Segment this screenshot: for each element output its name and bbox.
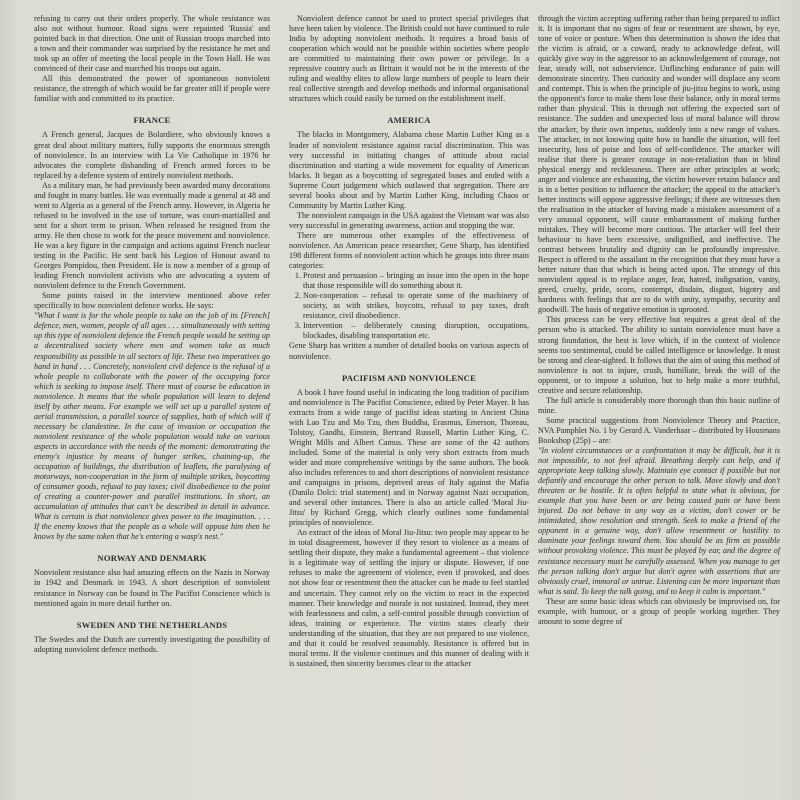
column-right: through the victim accepting suffering r…	[538, 14, 780, 627]
list-item: Protest and persuasion – bringing an iss…	[303, 271, 529, 291]
paragraph: As a military man, he had previously bee…	[34, 181, 270, 292]
paragraph: Nonviolent resistance also had amazing e…	[34, 568, 270, 608]
paragraph: The nonviolent campaign in the USA again…	[289, 211, 529, 231]
paragraph: refusing to carry out their orders prope…	[34, 14, 270, 74]
paragraph: Some practical suggestions from Nonviole…	[538, 416, 780, 446]
quoted-paragraph: "In violent circumstances or a confronta…	[538, 446, 780, 597]
section-heading: SWEDEN AND THE NETHERLANDS	[34, 620, 270, 630]
paragraph: This process can be very effective but r…	[538, 315, 780, 395]
paragraph: Nonviolent defence cannot be used to pro…	[289, 14, 529, 104]
paragraph: A book I have found useful in indicating…	[289, 388, 529, 529]
section-heading: PACIFISM AND NONVIOLENCE	[289, 373, 529, 383]
section-heading: AMERICA	[289, 115, 529, 125]
document-page: refusing to carry out their orders prope…	[0, 0, 800, 800]
list-item: Non-cooperation – refusal to operate som…	[303, 291, 529, 321]
paragraph: All this demonstrated the power of spont…	[34, 74, 270, 104]
paragraph: The full article is considerably more th…	[538, 396, 780, 416]
paragraph: A French general, Jacques de Bolardiere,…	[34, 130, 270, 180]
paragraph: The Swedes and the Dutch are currently i…	[34, 635, 270, 655]
paragraph: An extract of the ideas of Moral Jiu-Jit…	[289, 528, 529, 669]
paragraph: through the victim accepting suffering r…	[538, 14, 780, 315]
quoted-paragraph: "What I want is for the whole people to …	[34, 311, 270, 542]
paragraph: Gene Sharp has written a number of detai…	[289, 341, 529, 361]
numbered-list: Protest and persuasion – bringing an iss…	[289, 271, 529, 341]
paragraph: These are some basic ideas which can obv…	[538, 597, 780, 627]
column-left: refusing to carry out their orders prope…	[34, 14, 270, 655]
paragraph: There are numerous other examples of the…	[289, 231, 529, 271]
column-middle: Nonviolent defence cannot be used to pro…	[289, 14, 529, 669]
section-heading: NORWAY AND DENMARK	[34, 553, 270, 563]
section-heading: FRANCE	[34, 115, 270, 125]
paragraph: Some points raised in the interview ment…	[34, 291, 270, 311]
paragraph: The blacks in Montgomery, Alabama chose …	[289, 130, 529, 210]
list-item: Intervention – deliberately causing disr…	[303, 321, 529, 341]
